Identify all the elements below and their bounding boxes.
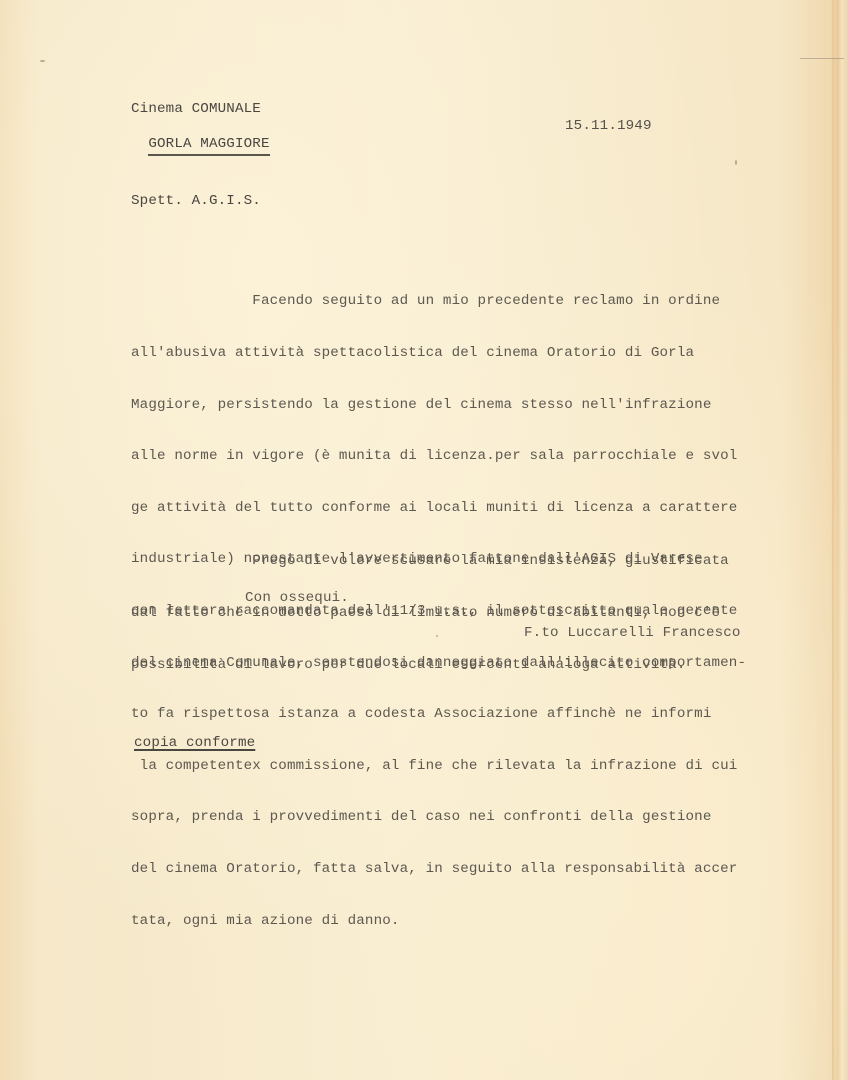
sender-location: GORLA MAGGIORE — [148, 136, 269, 156]
paper-edge-fold — [832, 0, 834, 1080]
text-line: all'abusiva attività spettacolistica del… — [131, 345, 746, 362]
addressee: Spett. A.G.I.S. — [131, 193, 261, 210]
text-line: to fa rispettosa istanza a codesta Assoc… — [131, 706, 746, 723]
text-line: sopra, prenda i provvedimenti del caso n… — [131, 809, 746, 826]
text-line: Facendo seguito ad un mio precedente rec… — [131, 293, 746, 310]
copy-note: copia conforme — [134, 735, 255, 752]
ink-speck — [735, 160, 737, 165]
text-line: tata, ogni mia azione di danno. — [131, 913, 746, 930]
text-line: dal fatto che in detto paese di limitato… — [131, 605, 729, 622]
signature: F.to Luccarelli Francesco — [524, 625, 741, 642]
text-line: la competentex commissione, al fine che … — [131, 758, 746, 775]
text-line: Maggiore, persistendo la gestione del ci… — [131, 397, 746, 414]
letter-date: 15.11.1949 — [565, 118, 652, 135]
text-line: Prego di volere scusare la mia insistenz… — [131, 553, 729, 570]
closing-salutation: Con ossequi. — [245, 590, 349, 607]
paper-edge-mark — [800, 58, 844, 59]
text-line: del cinema Oratorio, fatta salva, in seg… — [131, 861, 746, 878]
ink-speck — [40, 60, 45, 62]
text-line: possibilità di lavoro per due locali ese… — [131, 657, 729, 674]
sender-header: Cinema COMUNALE GORLA MAGGIORE — [131, 67, 270, 156]
sender-name: Cinema COMUNALE — [131, 101, 270, 118]
text-line: alle norme in vigore (è munita di licenz… — [131, 448, 746, 465]
text-line: ge attività del tutto conforme ai locali… — [131, 500, 746, 517]
paragraph-2: Prego di volere scusare la mia insistenz… — [131, 519, 729, 691]
